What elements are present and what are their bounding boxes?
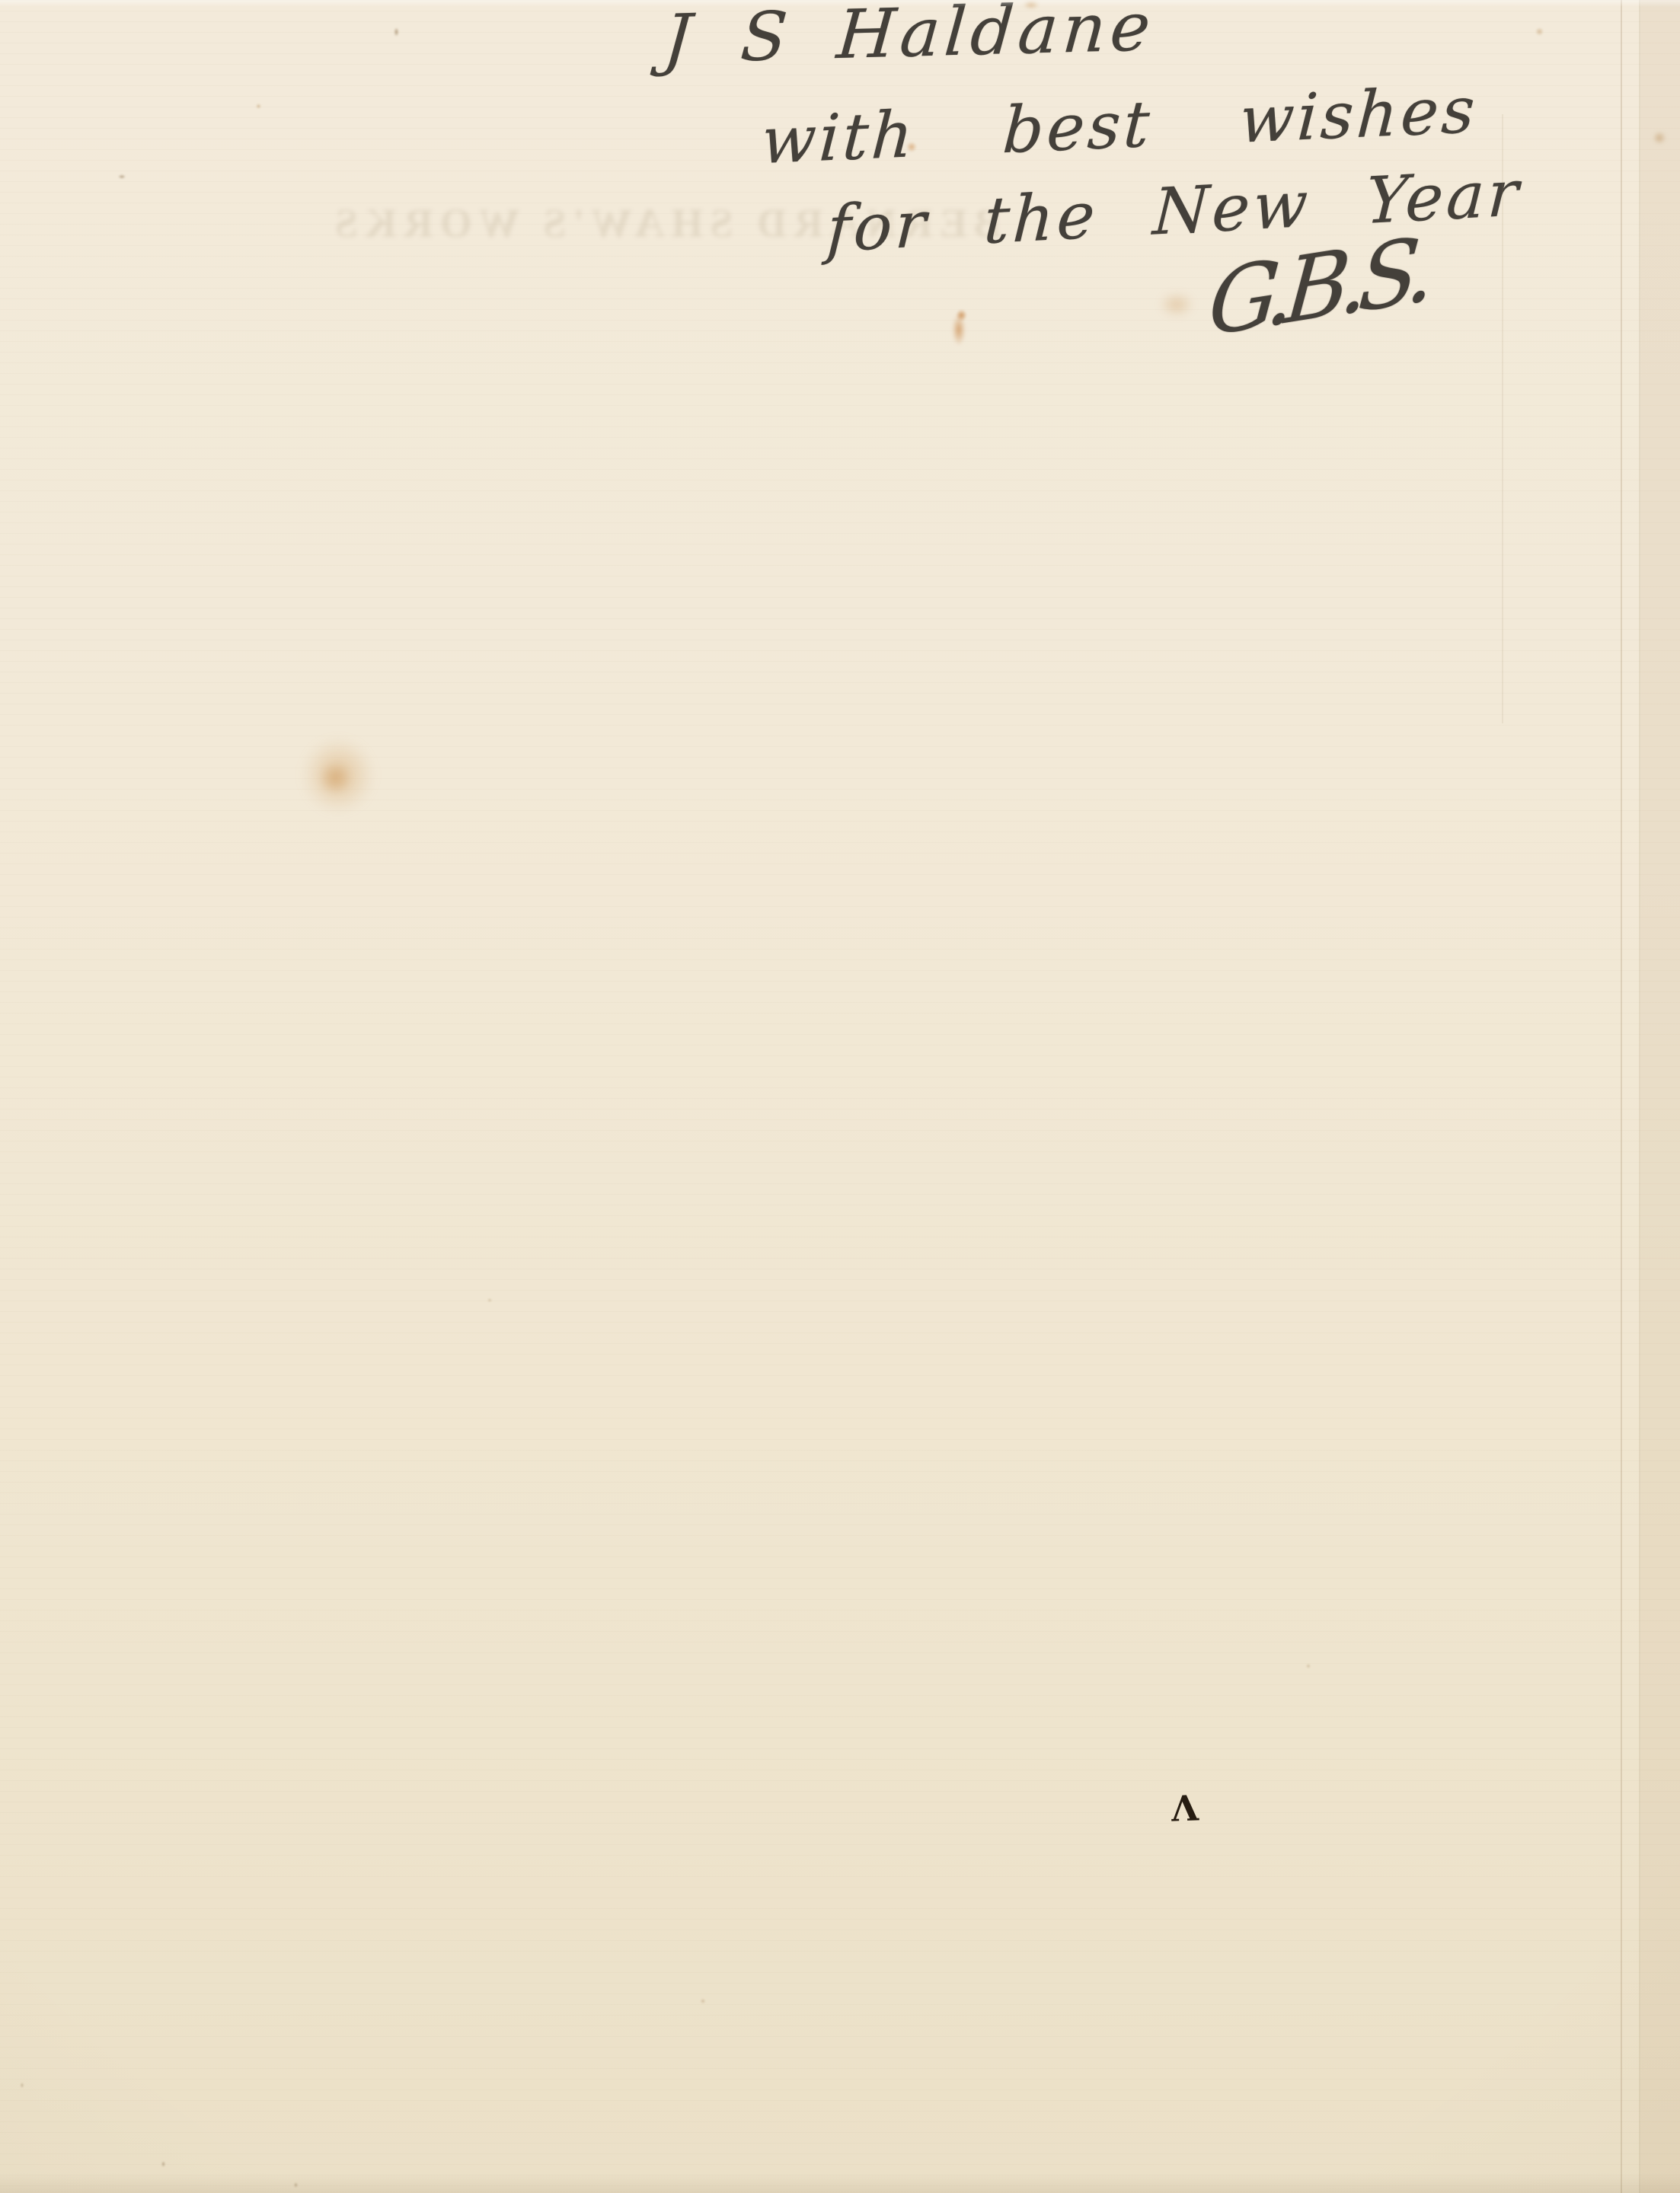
handwritten-inscription: J S Haldane with best wishes for the New… — [0, 0, 1680, 2193]
printer-signature-mark: Λ — [1171, 1787, 1199, 1829]
book-page-scan: BERNARD SHAW'S WORKS J S Haldane with be… — [0, 0, 1680, 2193]
inscription-line-2: with best wishes — [759, 72, 1480, 178]
inscription-recipient: J S Haldane — [661, 0, 1158, 78]
